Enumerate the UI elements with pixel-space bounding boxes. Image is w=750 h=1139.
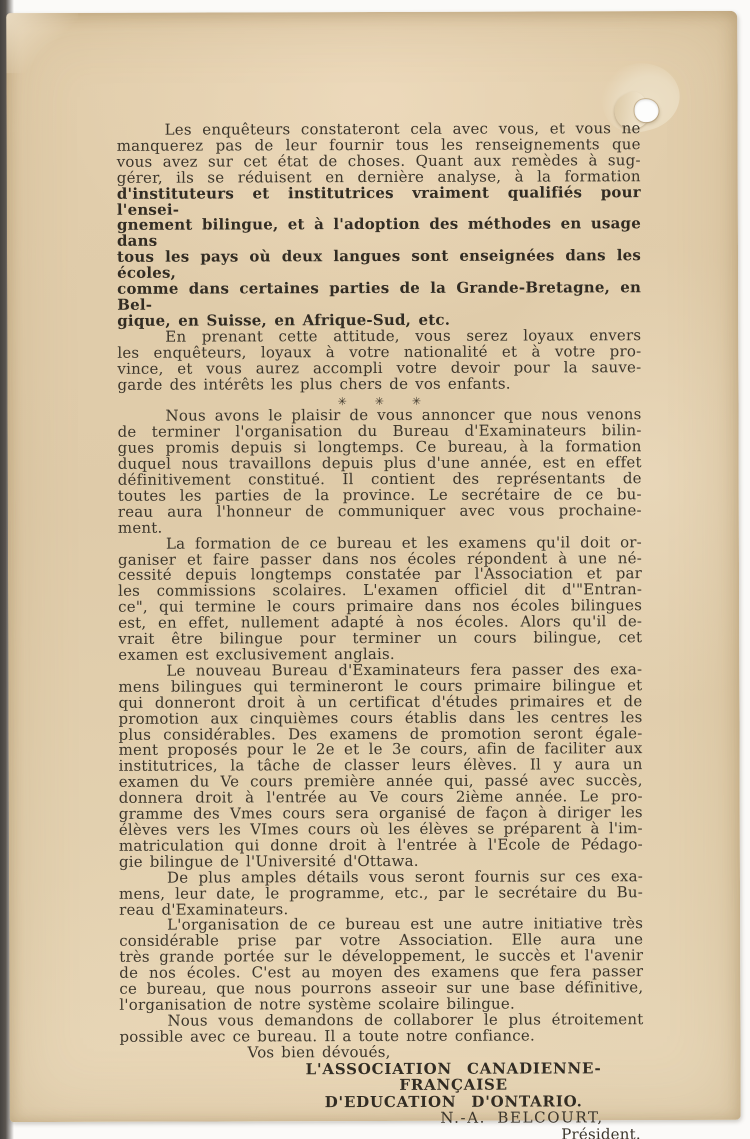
paragraph: En prenant cette attitude, vous serez lo… (117, 328, 641, 393)
paragraph: L'organisation de ce bureau est une autr… (119, 917, 643, 1014)
text-line: comme dans certaines parties de la Grand… (117, 280, 641, 313)
letter-body: Les enquêteurs constateront cela avec vo… (117, 121, 644, 1139)
text-line: gnement bilingue, et à l'adoption des mé… (117, 217, 641, 250)
text-line: garde des intérêts les plus chers de vos… (117, 376, 641, 394)
signature-block: L'ASSOCIATION CANADIENNE-FRANÇAISED'EDUC… (120, 1060, 644, 1111)
paragraph: Les enquêteurs constateront cela avec vo… (117, 121, 642, 329)
signature-title: Président. (120, 1126, 644, 1139)
text-line: tous les pays où deux langues sont ensei… (117, 248, 641, 281)
paragraph: Nous avons le plaisir de vous annoncer q… (118, 408, 642, 537)
paragraph: De plus amples détails vous seront fourn… (119, 869, 643, 918)
document-page: Les enquêteurs constateront cela avec vo… (6, 11, 740, 1122)
text-line: reau aura l'honneur de communiquer avec … (118, 503, 642, 521)
paragraph: La formation de ce bureau et les examens… (118, 535, 642, 664)
text-line: d'instituteurs et institutrices vraiment… (117, 185, 641, 218)
paragraph: Le nouveau Bureau d'Examinateurs fera pa… (118, 662, 643, 870)
signature-org-line: L'ASSOCIATION CANADIENNE-FRANÇAISE (120, 1060, 644, 1095)
paragraph: Nous vous demandons de collaborer le plu… (119, 1012, 643, 1045)
paper-fold-corner (6, 13, 78, 73)
